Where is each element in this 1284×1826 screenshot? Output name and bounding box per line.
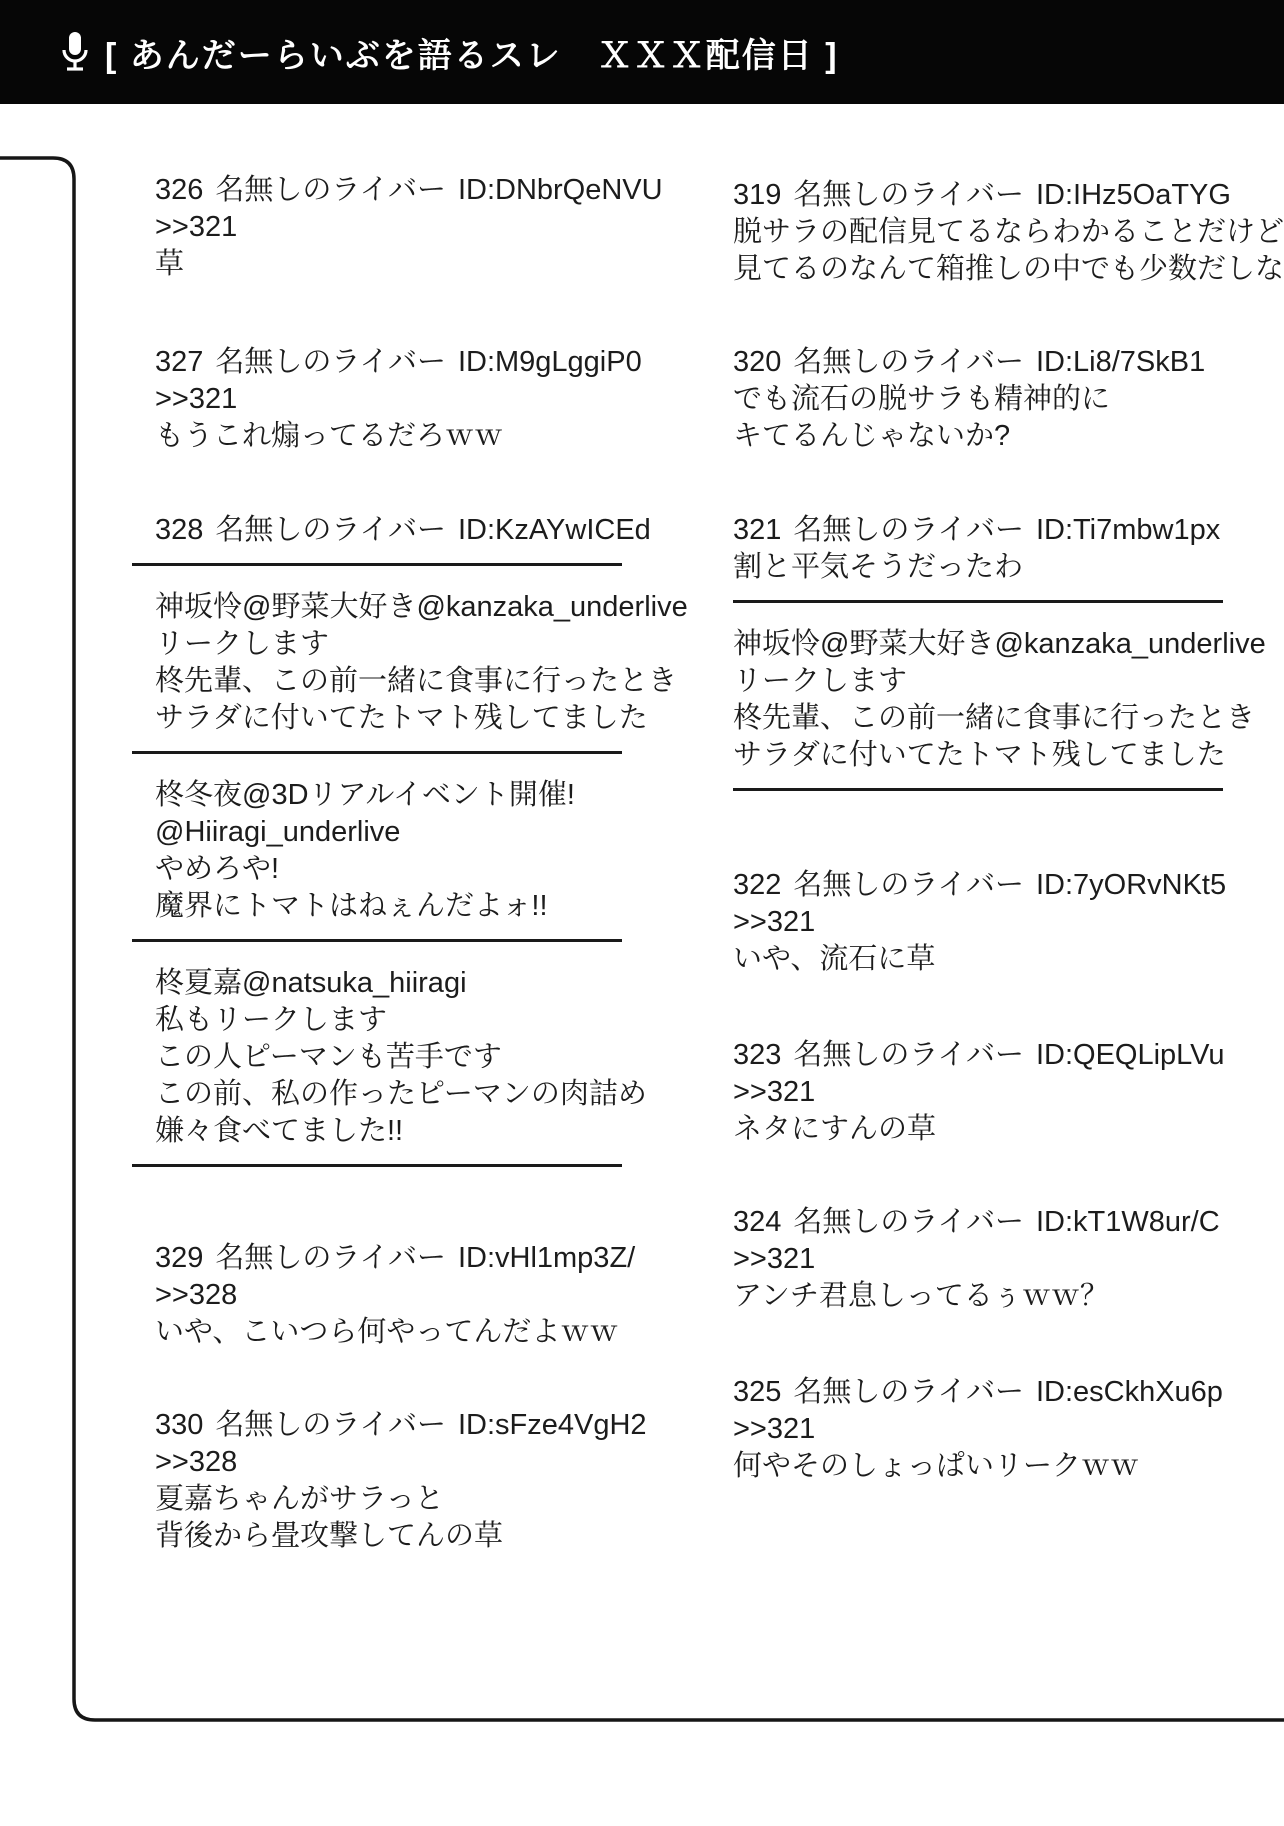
post-number: 328: [155, 512, 203, 549]
reply-reference: >>328: [155, 1277, 635, 1314]
post-number: 319: [733, 177, 781, 214]
post-id: ID:kT1W8ur/C: [1036, 1204, 1220, 1241]
post-id: ID:esCkhXu6p: [1036, 1374, 1223, 1411]
tweet-divider: [733, 788, 1223, 791]
post: 319 名無しのライバー ID:IHz5OaTYG 脱サラの配信見てるならわかる…: [733, 177, 1284, 288]
post-header: 328 名無しのライバー ID:KzAYwICEd: [155, 512, 688, 549]
post-header: 321 名無しのライバー ID:Ti7mbw1px: [733, 512, 1266, 549]
post-number: 323: [733, 1037, 781, 1074]
post-number: 329: [155, 1240, 203, 1277]
reply-reference: >>321: [155, 381, 642, 418]
post: 328 名無しのライバー ID:KzAYwICEd 神坂怜@野菜大好き@kanz…: [155, 512, 688, 1190]
post-line: この前、私の作ったピーマンの肉詰め: [155, 1076, 688, 1113]
post-id: ID:DNbrQeNVU: [458, 172, 663, 209]
post-author: 名無しのライバー: [215, 1240, 446, 1277]
post-header: 319 名無しのライバー ID:IHz5OaTYG: [733, 177, 1284, 214]
post-author: 名無しのライバー: [215, 344, 446, 381]
post-line: いや、こいつら何やってんだよｗｗ: [155, 1314, 635, 1351]
tweet-author: 神坂怜@野菜大好き@kanzaka_underlive: [733, 626, 1266, 663]
post: 327 名無しのライバー ID:M9gLggiP0 >>321 もうこれ煽ってる…: [155, 344, 642, 455]
reply-reference: >>321: [733, 1074, 1225, 1111]
post-line: やめろや!: [155, 851, 688, 888]
post-number: 325: [733, 1374, 781, 1411]
post-author: 名無しのライバー: [793, 1204, 1024, 1241]
post-line: 何やそのしょっぱいリークｗｗ: [733, 1448, 1223, 1485]
tweet-divider: [132, 939, 622, 942]
post-line: 柊先輩、この前一緒に食事に行ったとき: [733, 700, 1266, 737]
post-id: ID:Ti7mbw1px: [1036, 512, 1220, 549]
post-line: リークします: [155, 626, 688, 663]
post: 326 名無しのライバー ID:DNbrQeNVU >>321 草: [155, 172, 663, 283]
post-line: サラダに付いてたトマト残してました: [733, 737, 1266, 774]
tweet-author: 柊夏嘉@natsuka_hiiragi: [155, 965, 688, 1002]
post-header: 324 名無しのライバー ID:kT1W8ur/C: [733, 1204, 1220, 1241]
tweet-handle: @Hiiragi_underlive: [155, 814, 688, 851]
post-header: 326 名無しのライバー ID:DNbrQeNVU: [155, 172, 663, 209]
post-id: ID:Li8/7SkB1: [1036, 344, 1205, 381]
tweet-author: 柊冬夜@3Dリアルイベント開催!: [155, 777, 688, 814]
post-line: 背後から畳攻撃してんの草: [155, 1518, 647, 1555]
post: 323 名無しのライバー ID:QEQLipLVu >>321 ネタにすんの草: [733, 1037, 1225, 1148]
post-header: 323 名無しのライバー ID:QEQLipLVu: [733, 1037, 1225, 1074]
post-author: 名無しのライバー: [793, 344, 1024, 381]
reply-reference: >>328: [155, 1444, 647, 1481]
thread-title: [ あんだーらいぶを語るスレ ＸＸＸ配信日 ]: [105, 28, 839, 77]
post-line: 柊先輩、この前一緒に食事に行ったとき: [155, 663, 688, 700]
reply-reference: >>321: [733, 904, 1226, 941]
post-author: 名無しのライバー: [793, 1037, 1024, 1074]
microphone-icon: [60, 29, 90, 75]
post-author: 名無しのライバー: [793, 512, 1024, 549]
post-line: 見てるのなんて箱推しの中でも少数だしな: [733, 251, 1284, 288]
page: { "header": { "icon": "microphone-icon",…: [0, 0, 1284, 1826]
post-line: リークします: [733, 663, 1266, 700]
post: 324 名無しのライバー ID:kT1W8ur/C >>321 アンチ君息しって…: [733, 1204, 1220, 1315]
post: 329 名無しのライバー ID:vHl1mp3Z/ >>328 いや、こいつら何…: [155, 1240, 635, 1351]
post-line: 魔界にトマトはねぇんだよォ!!: [155, 888, 688, 925]
post-number: 327: [155, 344, 203, 381]
post-number: 326: [155, 172, 203, 209]
post-id: ID:IHz5OaTYG: [1036, 177, 1231, 214]
post-id: ID:vHl1mp3Z/: [458, 1240, 635, 1277]
post-id: ID:KzAYwICEd: [458, 512, 651, 549]
reply-reference: >>321: [733, 1411, 1223, 1448]
post-author: 名無しのライバー: [793, 177, 1024, 214]
post-author: 名無しのライバー: [793, 867, 1024, 904]
post-number: 330: [155, 1407, 203, 1444]
post: 330 名無しのライバー ID:sFze4VgH2 >>328 夏嘉ちゃんがサラ…: [155, 1407, 647, 1555]
reply-reference: >>321: [733, 1241, 1220, 1278]
post-line: アンチ君息しってるぅｗｗ？: [733, 1278, 1220, 1315]
post-line: 嫌々食べてました!!: [155, 1113, 688, 1150]
post-line: 草: [155, 246, 663, 283]
post-id: ID:7yORvNKt5: [1036, 867, 1226, 904]
post-header: 325 名無しのライバー ID:esCkhXu6p: [733, 1374, 1223, 1411]
tweet-divider: [132, 1164, 622, 1167]
post-id: ID:M9gLggiP0: [458, 344, 642, 381]
post-line: ネタにすんの草: [733, 1111, 1225, 1148]
post: 322 名無しのライバー ID:7yORvNKt5 >>321 いや、流石に草: [733, 867, 1226, 978]
post-header: 327 名無しのライバー ID:M9gLggiP0: [155, 344, 642, 381]
tweet-divider: [132, 563, 622, 566]
post-line: サラダに付いてたトマト残してました: [155, 700, 688, 737]
post-line: 割と平気そうだったわ: [733, 549, 1266, 586]
post-author: 名無しのライバー: [793, 1374, 1024, 1411]
reply-reference: >>321: [155, 209, 663, 246]
post: 320 名無しのライバー ID:Li8/7SkB1 でも流石の脱サラも精神的に …: [733, 344, 1205, 455]
post-line: 夏嘉ちゃんがサラっと: [155, 1481, 647, 1518]
post-line: もうこれ煽ってるだろｗｗ: [155, 418, 642, 455]
post-author: 名無しのライバー: [215, 1407, 446, 1444]
post-number: 321: [733, 512, 781, 549]
post-header: 329 名無しのライバー ID:vHl1mp3Z/: [155, 1240, 635, 1277]
post-id: ID:sFze4VgH2: [458, 1407, 647, 1444]
post-line: 私もリークします: [155, 1002, 688, 1039]
tweet-divider: [132, 751, 622, 754]
tweet-divider: [733, 600, 1223, 603]
post-number: 322: [733, 867, 781, 904]
thread-title-bar: [ あんだーらいぶを語るスレ ＸＸＸ配信日 ]: [0, 0, 1284, 104]
post-header: 330 名無しのライバー ID:sFze4VgH2: [155, 1407, 647, 1444]
post-number: 320: [733, 344, 781, 381]
post-line: 脱サラの配信見てるならわかることだけど: [733, 214, 1284, 251]
post: 321 名無しのライバー ID:Ti7mbw1px 割と平気そうだったわ 神坂怜…: [733, 512, 1266, 814]
post-id: ID:QEQLipLVu: [1036, 1037, 1225, 1074]
post: 325 名無しのライバー ID:esCkhXu6p >>321 何やそのしょっぱ…: [733, 1374, 1223, 1485]
post-line: いや、流石に草: [733, 941, 1226, 978]
post-line: キてるんじゃないか?: [733, 418, 1205, 455]
post-author: 名無しのライバー: [215, 512, 446, 549]
post-line: でも流石の脱サラも精神的に: [733, 381, 1205, 418]
post-header: 322 名無しのライバー ID:7yORvNKt5: [733, 867, 1226, 904]
post-line: この人ピーマンも苦手です: [155, 1039, 688, 1076]
tweet-author: 神坂怜@野菜大好き@kanzaka_underlive: [155, 589, 688, 626]
post-number: 324: [733, 1204, 781, 1241]
post-author: 名無しのライバー: [215, 172, 446, 209]
post-header: 320 名無しのライバー ID:Li8/7SkB1: [733, 344, 1205, 381]
